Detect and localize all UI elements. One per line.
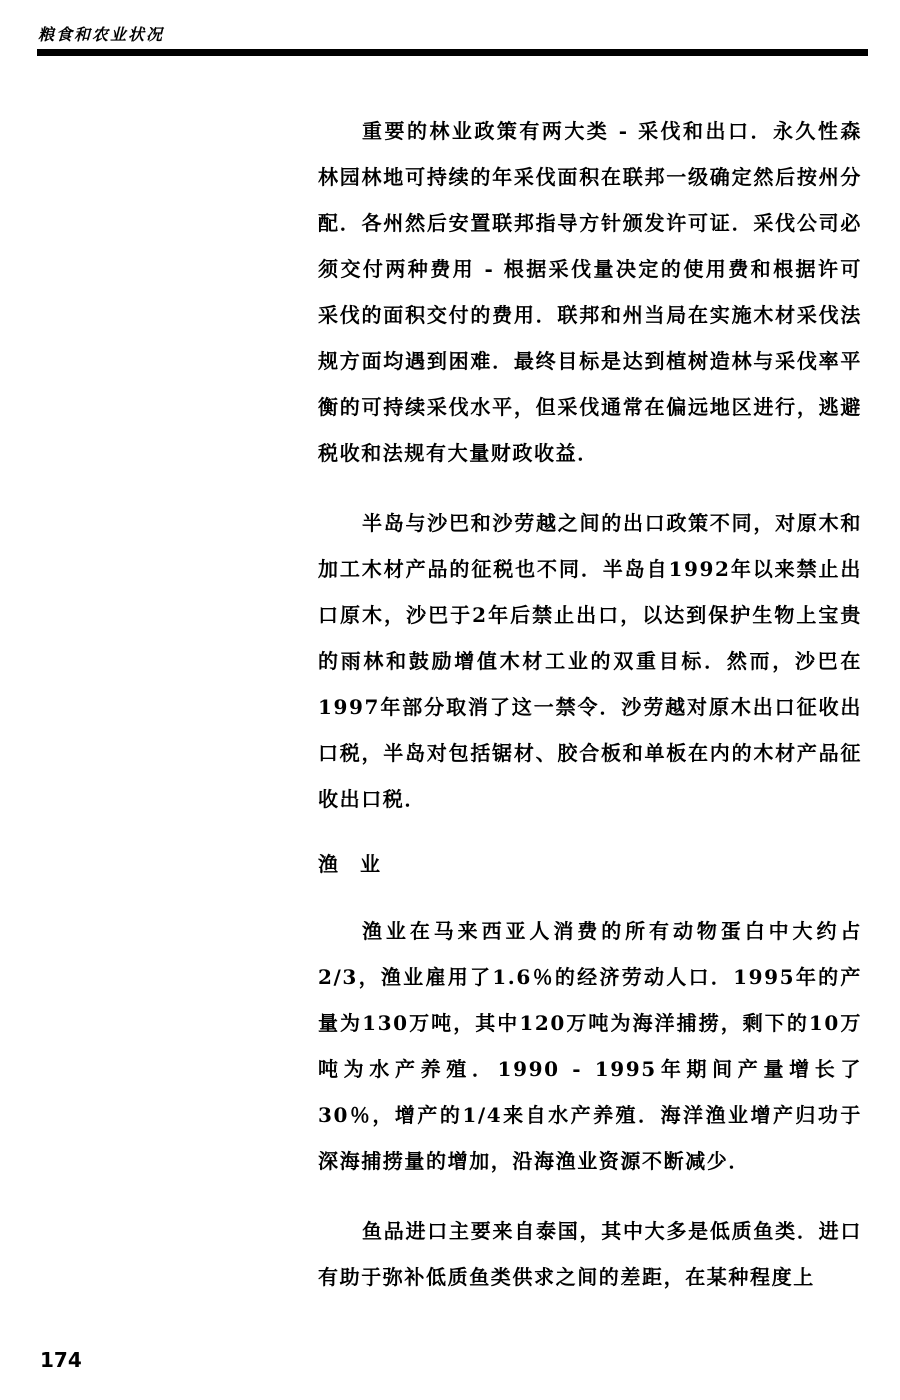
running-head: 粮食和农业状况: [38, 22, 164, 45]
paragraph-fish-imports: 鱼品进口主要来自泰国，其中大多是低质鱼类．进口有助于弥补低质鱼类供求之间的差距，…: [318, 1208, 862, 1300]
paragraph-export-policy: 半岛与沙巴和沙劳越之间的出口政策不同，对原木和加工木材产品的征税也不同．半岛自1…: [318, 500, 862, 822]
section-heading-char-1: 渔: [318, 852, 338, 876]
section-heading-char-2: 业: [360, 852, 380, 876]
body-text: 重要的林业政策有两大类 - 采伐和出口．永久性森林园林地可持续的年采伐面积在联邦…: [318, 108, 862, 1300]
paragraph-forestry-policy: 重要的林业政策有两大类 - 采伐和出口．永久性森林园林地可持续的年采伐面积在联邦…: [318, 108, 862, 476]
paragraph-fisheries-overview: 渔业在马来西亚人消费的所有动物蛋白中大约占2/3，渔业雇用了1.6％的经济劳动人…: [318, 908, 862, 1184]
section-heading-fisheries: 渔业: [318, 844, 862, 884]
header-rule: [37, 49, 868, 56]
page-number: 174: [40, 1348, 82, 1372]
